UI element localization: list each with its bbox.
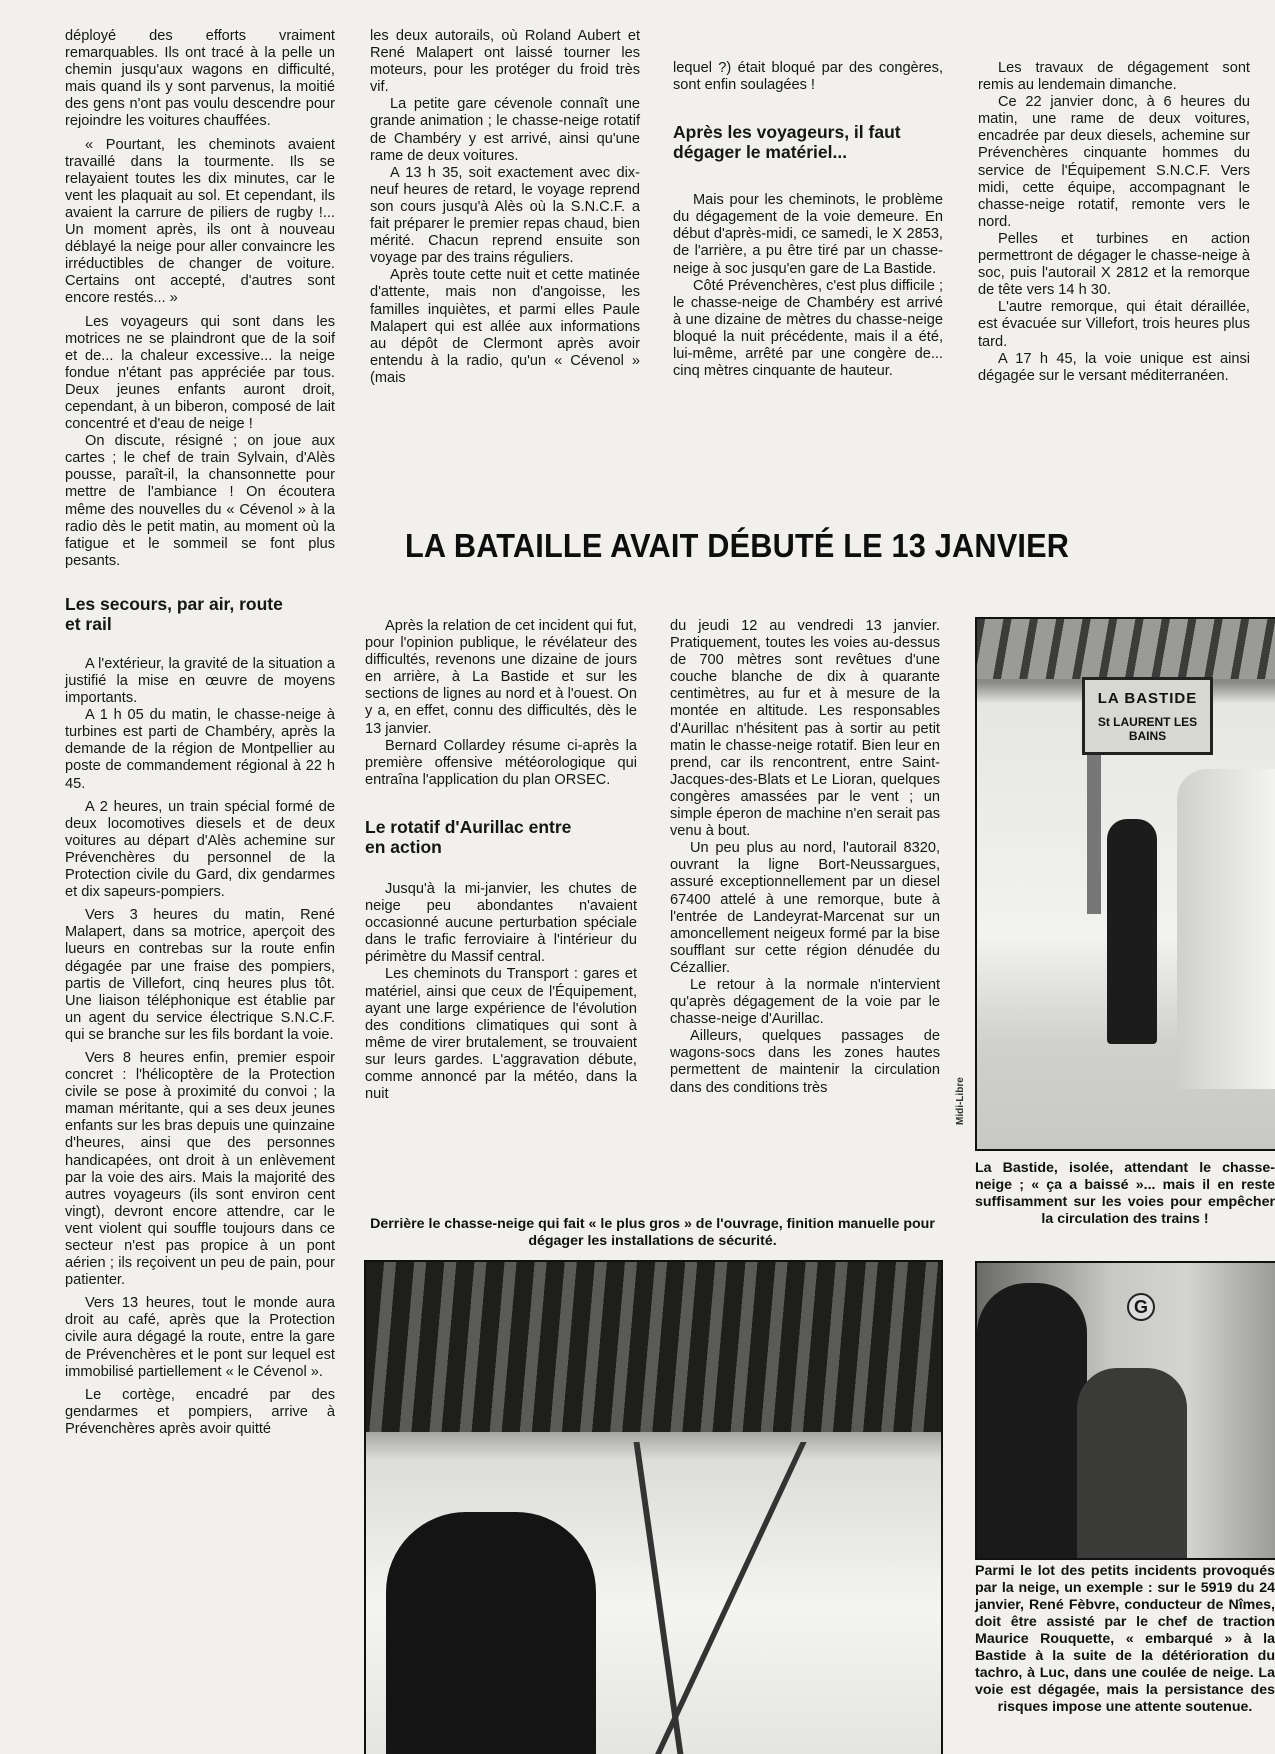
caption-track-clearing: Derrière le chasse-neige qui fait « le p… — [365, 1216, 940, 1250]
paragraph: Après toute cette nuit et cette matinée … — [370, 267, 640, 387]
article-column-3: lequel ?) était bloqué par des congères,… — [673, 60, 943, 380]
paragraph: Pelles et turbines en action permettront… — [978, 231, 1250, 299]
article-headline: LA BATAILLE AVAIT DÉBUTÉ LE 13 JANVIER — [405, 527, 1069, 565]
sign-line-2: St LAURENT LES BAINS — [1085, 715, 1210, 743]
paragraph: Les voyageurs qui sont dans les motrices… — [65, 314, 335, 434]
paragraph: L'autre remorque, qui était déraillée, e… — [978, 299, 1250, 350]
subheading: Après les voyageurs, il faut dégager le … — [673, 122, 943, 162]
photo-figure-man — [1107, 819, 1157, 1044]
paragraph: A 2 heures, un train spécial formé de de… — [65, 799, 335, 902]
paragraph: « Pourtant, les cheminots avaient travai… — [65, 137, 335, 308]
paragraph: On discute, résigné ; on joue aux cartes… — [65, 433, 335, 570]
photo-track-clearing — [364, 1260, 943, 1754]
paragraph: Ce 22 janvier donc, à 6 heures du matin,… — [978, 94, 1250, 231]
paragraph: Bernard Collardey résume ci-après la pre… — [365, 738, 637, 789]
subheading: Les secours, par air, route et rail — [65, 594, 285, 634]
paragraph: Mais pour les cheminots, le problème du … — [673, 192, 943, 277]
article-column-6: du jeudi 12 au vendredi 13 janvier. Prat… — [670, 618, 940, 1097]
paragraph: Vers 8 heures enfin, premier espoir conc… — [65, 1050, 335, 1289]
photo-trees — [366, 1262, 941, 1432]
paragraph: Les travaux de dégagement sont remis au … — [978, 60, 1250, 94]
paragraph: A 13 h 35, soit exactement avec dix-neuf… — [370, 165, 640, 268]
paragraph: déployé des efforts vraiment remarquable… — [65, 28, 335, 131]
cab-letter-plate: G — [1127, 1293, 1155, 1321]
photo-man-driver — [1077, 1368, 1187, 1558]
paragraph: Vers 3 heures du matin, René Malapert, d… — [65, 907, 335, 1044]
photo-la-bastide-station: LA BASTIDE St LAURENT LES BAINS — [975, 617, 1275, 1151]
paragraph: Vers 13 heures, tout le monde aura droit… — [65, 1295, 335, 1380]
article-column-1: déployé des efforts vraiment remarquable… — [65, 28, 335, 1438]
sign-line-1: LA BASTIDE — [1085, 690, 1210, 707]
photo-worker-shoveling — [386, 1512, 596, 1754]
station-canopy — [977, 619, 1275, 679]
caption-la-bastide: La Bastide, isolée, attendant le chasse-… — [975, 1160, 1275, 1228]
article-column-5: Après la relation de cet incident qui fu… — [365, 618, 637, 1103]
paragraph: Ailleurs, quelques passages de wagons-so… — [670, 1028, 940, 1096]
photo-credit: Midi-Libre — [955, 1077, 966, 1125]
paragraph: Le cortège, encadré par des gendarmes et… — [65, 1387, 335, 1438]
paragraph: La petite gare cévenole connaît une gran… — [370, 96, 640, 164]
photo-snowbank — [1177, 769, 1275, 1089]
paragraph: Jusqu'à la mi-janvier, les chutes de nei… — [365, 881, 637, 966]
paragraph: A 1 h 05 du matin, le chasse-neige à tur… — [65, 707, 335, 792]
paragraph: Les cheminots du Transport : gares et ma… — [365, 966, 637, 1103]
paragraph: A l'extérieur, la gravité de la situatio… — [65, 656, 335, 707]
paragraph: Côté Prévenchères, c'est plus difficile … — [673, 278, 943, 381]
paragraph: lequel ?) était bloqué par des congères,… — [673, 60, 943, 94]
article-column-2: les deux autorails, où Roland Aubert et … — [370, 28, 640, 387]
paragraph: du jeudi 12 au vendredi 13 janvier. Prat… — [670, 618, 940, 840]
paragraph: Un peu plus au nord, l'autorail 8320, ou… — [670, 840, 940, 977]
paragraph: Après la relation de cet incident qui fu… — [365, 618, 637, 738]
subheading: Le rotatif d'Aurillac entre en action — [365, 817, 575, 857]
photo-man-front — [977, 1283, 1087, 1558]
article-column-4: Les travaux de dégagement sont remis au … — [978, 60, 1250, 385]
paragraph: A 17 h 45, la voie unique est ainsi déga… — [978, 351, 1250, 385]
paragraph: les deux autorails, où Roland Aubert et … — [370, 28, 640, 96]
paragraph: Le retour à la normale n'intervient qu'a… — [670, 977, 940, 1028]
station-sign: LA BASTIDE St LAURENT LES BAINS — [1082, 677, 1213, 755]
caption-locomotive-cab: Parmi le lot des petits incidents provoq… — [975, 1563, 1275, 1716]
photo-locomotive-cab: G — [975, 1261, 1275, 1560]
